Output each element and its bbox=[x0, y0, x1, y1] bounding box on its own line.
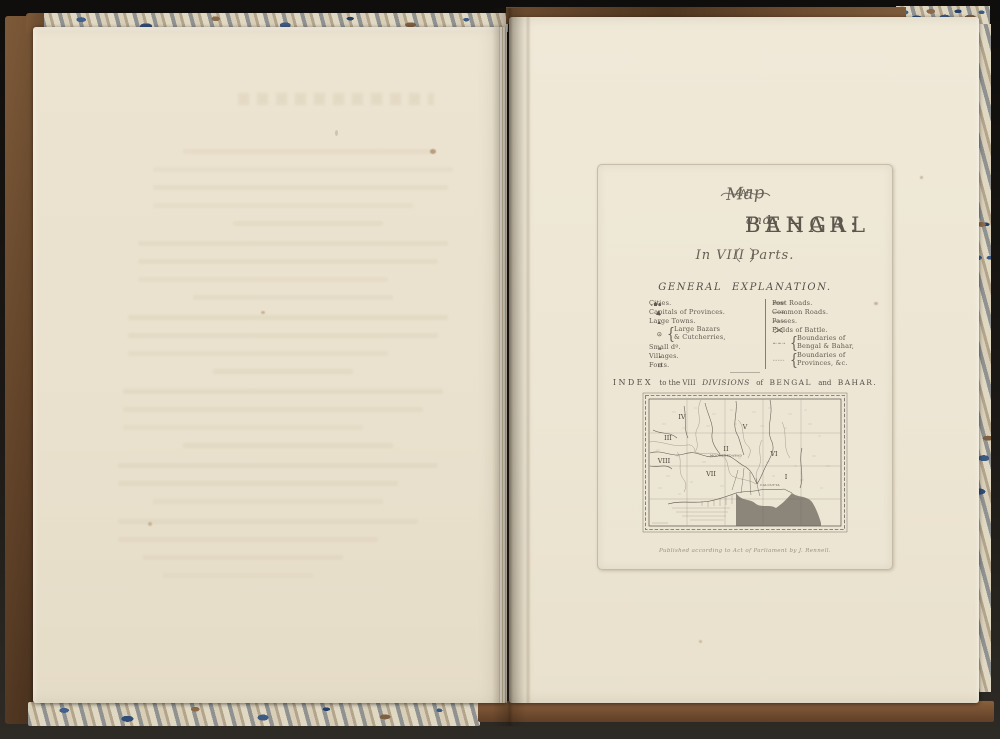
rivers bbox=[650, 400, 802, 488]
legend-item-cities: Cities. bbox=[649, 298, 766, 307]
legend-label: Cities. bbox=[649, 299, 671, 307]
ghost-text-line bbox=[153, 499, 383, 504]
ghost-text-line bbox=[213, 369, 353, 374]
legend-item-small-ditto: Small dº. bbox=[649, 342, 766, 351]
legend-label: Provinces, &c. bbox=[797, 360, 848, 368]
legend-left-column: Cities. Capitals of Provinces. Large Tow… bbox=[649, 298, 766, 370]
title-parts-text: In VIII Parts. bbox=[696, 248, 795, 263]
ghost-text-line bbox=[143, 555, 343, 560]
ghost-text-line bbox=[123, 407, 423, 412]
index-and: and bbox=[818, 379, 831, 387]
ghost-text-line bbox=[153, 185, 448, 190]
right-plate-page: A Map OF BENGALandBAHAR: In VIII Parts. bbox=[509, 17, 979, 703]
ghost-text-line bbox=[153, 203, 413, 208]
division-numeral: III bbox=[664, 434, 672, 442]
ghost-mark bbox=[335, 130, 338, 136]
legend-label: Post Roads. bbox=[772, 299, 812, 307]
ghost-text-line bbox=[138, 241, 448, 246]
legend-label: Passes. bbox=[772, 317, 797, 325]
legend-item-bazars: { Large Bazars & Cutcherries, bbox=[649, 326, 766, 343]
legend-label: Forts. bbox=[649, 361, 669, 369]
ghost-text-line bbox=[123, 389, 443, 394]
ghost-text-line bbox=[153, 167, 453, 172]
ghost-heading bbox=[238, 93, 434, 105]
ghost-text-line bbox=[128, 315, 448, 320]
ghost-text-line bbox=[118, 537, 378, 542]
foxing-spot bbox=[699, 640, 702, 643]
division-numerals: IV V III II VI VIII VII I bbox=[657, 413, 788, 481]
division-numeral: VI bbox=[769, 450, 778, 458]
legend-label: Common Roads. bbox=[772, 308, 828, 316]
left-board-leather bbox=[5, 16, 35, 724]
foxing-spot bbox=[148, 522, 152, 526]
plate-title-line3: In VIII Parts. bbox=[597, 247, 893, 263]
division-boundaries bbox=[649, 400, 790, 492]
legend-label: Fields of Battle. bbox=[772, 326, 828, 334]
division-numeral: V bbox=[742, 423, 748, 431]
boundary-provinces-icon bbox=[772, 356, 787, 364]
index-map: IV V III II VI VIII VII I MOORSHEDABAD C… bbox=[642, 392, 848, 533]
index-bengal: BENGAL bbox=[769, 378, 811, 387]
engraved-plate: A Map OF BENGALandBAHAR: In VIII Parts. bbox=[597, 164, 893, 570]
index-heading: INDEX to the VIII DIVISIONS of BENGAL an… bbox=[597, 378, 893, 387]
index-word: INDEX bbox=[613, 378, 653, 387]
index-mid: to the VIII bbox=[659, 379, 695, 387]
marbled-edge-bottom-left bbox=[28, 702, 480, 726]
imprint-line: Published according to Act of Parliament… bbox=[597, 548, 893, 554]
ghost-text-line bbox=[118, 463, 438, 468]
legend-item-villages: Villages. bbox=[649, 351, 766, 360]
legend-item-common-roads: Common Roads. bbox=[772, 307, 883, 316]
index-of: of bbox=[756, 379, 763, 387]
ghost-text-line bbox=[163, 573, 313, 578]
city-label: MOORSHEDABAD bbox=[710, 454, 742, 458]
boundary-bengal-icon bbox=[772, 339, 787, 347]
division-numeral: VII bbox=[705, 470, 716, 478]
brace-glyph: { bbox=[790, 352, 794, 367]
division-numeral: I bbox=[785, 473, 788, 481]
division-numeral: VIII bbox=[657, 457, 671, 465]
book-scan: A Map OF BENGALandBAHAR: In VIII Parts. bbox=[0, 0, 1000, 739]
flourish-ornament bbox=[749, 188, 771, 200]
bottom-right-board-edge bbox=[478, 701, 994, 722]
legend-label: Small dº. bbox=[649, 343, 681, 351]
division-numeral: II bbox=[723, 445, 729, 453]
city-label: CALCUTTA bbox=[760, 483, 780, 487]
general-explanation-heading: GENERAL EXPLANATION. bbox=[597, 282, 893, 293]
legend-label: Capitals of Provinces. bbox=[649, 308, 725, 316]
ghost-text-line bbox=[183, 149, 433, 154]
mangrove-fringe bbox=[702, 495, 732, 507]
legend-label: Bengal & Bahar, bbox=[797, 343, 854, 351]
foxing-spot bbox=[430, 149, 436, 154]
ghost-text-line bbox=[138, 277, 388, 282]
ghost-text-line bbox=[118, 481, 398, 486]
foxing-spot bbox=[920, 176, 923, 179]
legend: Cities. Capitals of Provinces. Large Tow… bbox=[649, 298, 883, 370]
legend-item-boundaries-provinces: { Boundaries of Provinces, &c. bbox=[772, 351, 883, 368]
legend-item-boundaries-bengal: { Boundaries of Bengal & Bahar, bbox=[772, 335, 883, 352]
foxing-spot bbox=[874, 302, 878, 305]
division-numeral: IV bbox=[678, 413, 686, 421]
legend-item-capitals: Capitals of Provinces. bbox=[649, 307, 766, 316]
sea-shading bbox=[736, 493, 821, 526]
ghost-text-line bbox=[193, 295, 393, 300]
legend-item-forts: Forts. bbox=[649, 360, 766, 369]
title-bahar: BAHAR: bbox=[745, 213, 862, 237]
legend-item-fields-of-battle: Fields of Battle. bbox=[772, 326, 883, 335]
bazars-icon bbox=[649, 330, 664, 338]
legend-item-post-roads: Post Roads. bbox=[772, 298, 883, 307]
foxing-spot bbox=[261, 311, 265, 314]
brace-glyph: { bbox=[790, 336, 794, 351]
ghost-text-line bbox=[128, 333, 438, 338]
legend-right-column: Post Roads. Common Roads. Passes. bbox=[766, 298, 883, 370]
ghost-text-line bbox=[138, 259, 438, 264]
engraver-rule bbox=[730, 372, 760, 373]
ghost-text-line bbox=[233, 221, 383, 226]
ghost-text-line bbox=[118, 519, 418, 524]
left-blank-page bbox=[33, 27, 507, 703]
legend-item-passes: Passes. bbox=[772, 316, 883, 325]
plate-title-line1: A Map OF bbox=[597, 188, 893, 200]
page-crease bbox=[525, 17, 531, 703]
ghost-text-line bbox=[183, 443, 393, 448]
sea-hatching bbox=[672, 508, 730, 520]
legend-label: & Cutcherries, bbox=[674, 334, 726, 342]
ghost-text-line bbox=[128, 351, 388, 356]
ghost-text-line bbox=[123, 425, 363, 430]
index-bahar: BAHAR. bbox=[838, 378, 877, 387]
legend-label: Villages. bbox=[649, 352, 679, 360]
flourish-ornament bbox=[748, 247, 756, 263]
index-divisions-word: DIVISIONS bbox=[702, 378, 750, 387]
brace-glyph: { bbox=[667, 326, 671, 341]
coastline bbox=[668, 489, 792, 504]
